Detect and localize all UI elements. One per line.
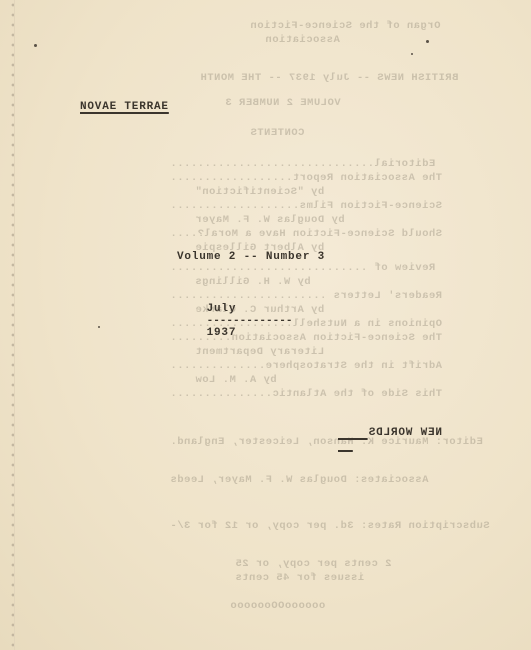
ink-speck xyxy=(98,326,100,328)
bleed-line: by A. M. Low xyxy=(195,374,277,386)
issue-month: July xyxy=(207,303,237,315)
bleed-line: Should Science-Fiction Have a Moral?.... xyxy=(170,228,442,240)
bleed-line: Science-Fiction Films................... xyxy=(170,200,442,212)
mirrored-title: NEW WORLDS xyxy=(338,415,442,451)
bleed-line: VOLUME 2 NUMBER 3 xyxy=(225,97,341,109)
bleed-line: Adrift in the Stratosphere.............. xyxy=(170,360,442,372)
bleed-line: The Association Report.................. xyxy=(170,172,442,184)
bleed-line: ooooooOOoooooo xyxy=(230,600,325,612)
ink-speck xyxy=(426,40,429,43)
bleed-line: by Douglas W. F. Mayer xyxy=(195,214,345,226)
bleed-line: Subscription Rates: 3d. per copy, or 12 … xyxy=(170,520,490,532)
date-dashes: ------------- xyxy=(207,315,293,327)
bleed-line: Associates: Douglas W. F. Mayer, Leeds xyxy=(170,474,428,486)
bleed-line: Association xyxy=(265,34,340,46)
bleed-line: Organ of the Science-Fiction xyxy=(250,20,440,32)
issue-date: July ------------- 1937 xyxy=(177,291,292,351)
bleed-line: This Side of the Atlantic............... xyxy=(170,388,442,400)
bleed-line: by W. H. Gillings xyxy=(195,276,311,288)
mirrored-title-text: NEW WORLDS xyxy=(368,427,442,439)
bleed-line: Review of ............................. xyxy=(170,262,435,274)
perforation-edge xyxy=(8,0,18,650)
bleed-line: 2 cents per copy, or 25 xyxy=(235,558,391,570)
document-title: NOVAE TERRAE xyxy=(80,101,169,113)
ink-speck xyxy=(34,44,37,47)
page-edge-line xyxy=(14,0,15,650)
bleed-line: Editorial.............................. xyxy=(170,158,435,170)
ink-speck xyxy=(411,53,413,55)
document-page: Organ of the Science-Fiction Association… xyxy=(0,0,531,650)
bleed-line: by "Scientifiction" xyxy=(195,186,324,198)
volume-number: Volume 2 -- Number 3 xyxy=(177,251,325,263)
bleed-line: issues for 45 cents xyxy=(235,572,364,584)
issue-year: 1937 xyxy=(207,327,237,339)
bleed-line: CONTENTS xyxy=(250,127,304,139)
bleed-line: BRITISH NEWS -- July 1937 -- THE MONTH xyxy=(200,72,458,84)
